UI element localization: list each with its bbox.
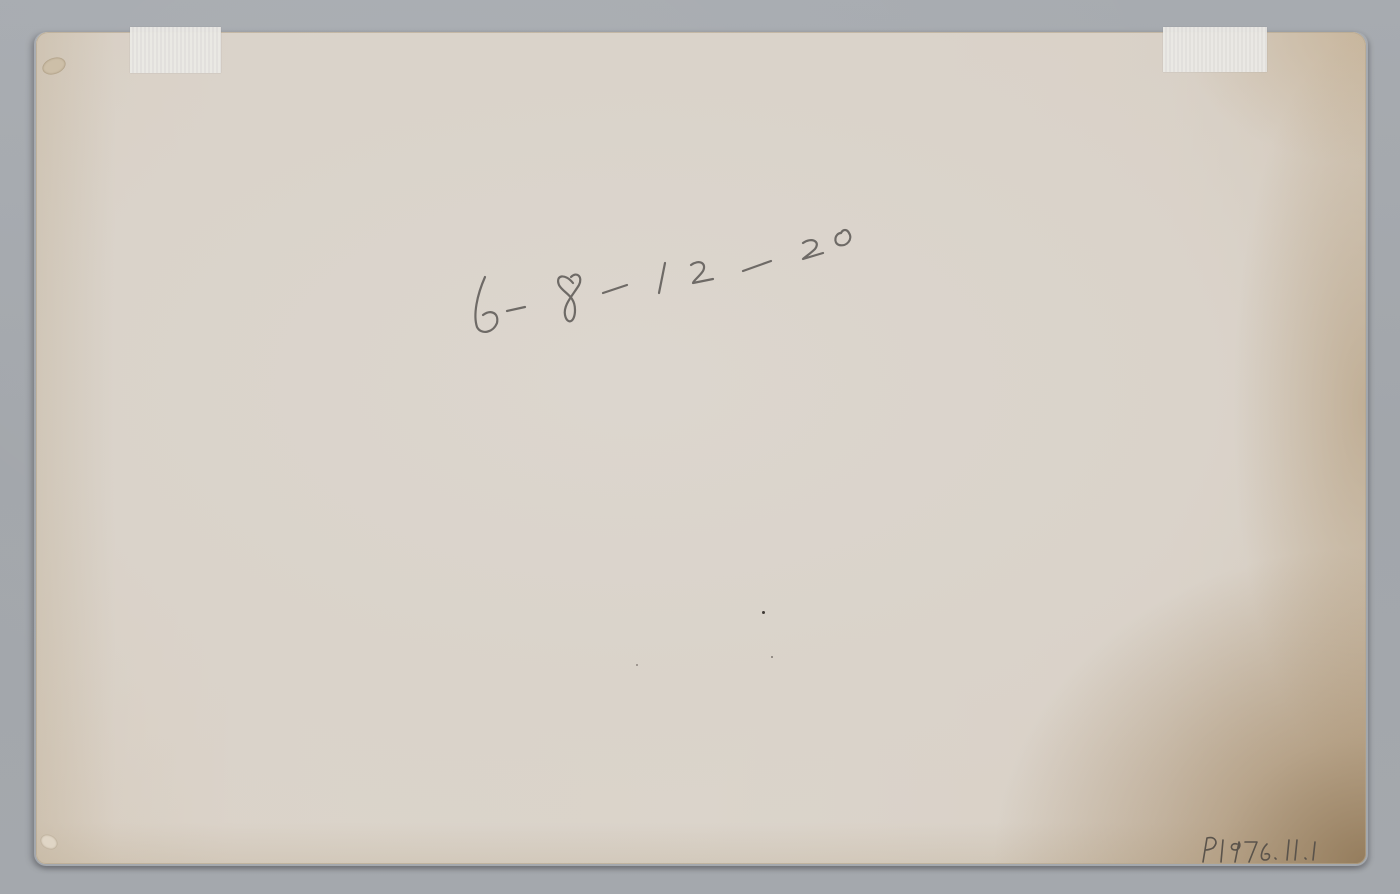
speck	[636, 664, 638, 666]
tape-strip-right	[1163, 27, 1267, 72]
pencil-note-glyphs	[455, 215, 875, 345]
speck	[762, 611, 765, 614]
accession-number: P1976.11.1	[1195, 828, 1335, 868]
speck	[771, 656, 773, 658]
card-edge	[36, 32, 1366, 864]
accession-glyphs	[1195, 828, 1335, 868]
tape-strip-left	[130, 27, 221, 73]
card-back	[36, 32, 1366, 864]
pencil-note: 6-8-12-20	[455, 215, 875, 345]
